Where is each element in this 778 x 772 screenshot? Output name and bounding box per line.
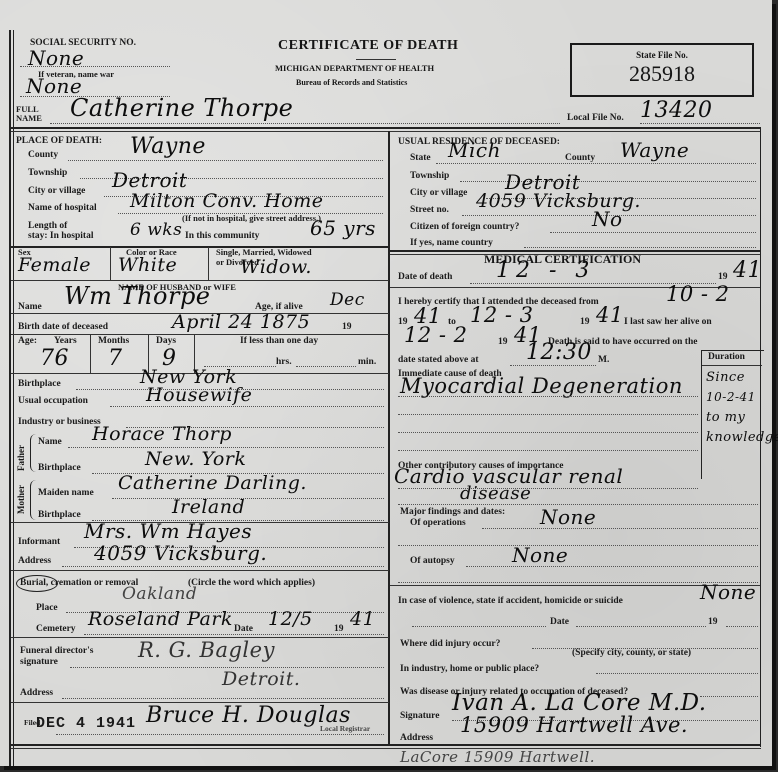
marital-row-line — [11, 280, 389, 281]
bottom-border-2 — [11, 748, 761, 749]
months-value: 7 — [108, 346, 123, 371]
autopsy-line — [466, 566, 758, 567]
occupation-label: Usual occupation — [18, 396, 88, 406]
local-file-number: 13420 — [640, 98, 713, 123]
pod-length-label-1: Length of — [28, 221, 67, 231]
informant-address-value: 4059 Vicksburg. — [94, 541, 267, 565]
state-file-box: State File No. 285918 — [570, 43, 754, 97]
duration-line-2: 10-2-41 — [706, 390, 756, 404]
years-divider — [90, 335, 91, 373]
state-file-number: 285918 — [572, 61, 752, 87]
duration-header-line — [702, 365, 762, 366]
father-side-label: Father — [16, 445, 26, 471]
fd-address-label: Address — [20, 688, 53, 698]
operations-value: None — [540, 505, 596, 529]
operations-line — [482, 528, 758, 529]
res-citizen-line — [550, 232, 756, 233]
bottom-border — [11, 744, 761, 746]
duration-line-3: to my — [706, 410, 745, 425]
burial-heading-note: (Circle the word which applies) — [188, 578, 315, 588]
spouse-name-value: Wm Thorpe — [64, 282, 211, 310]
death-certificate: SOCIAL SECURITY NO. None If veteran, nam… — [0, 0, 772, 766]
min-label: min. — [358, 357, 376, 367]
header-divider — [11, 127, 761, 129]
last-saw-value: 12 - 2 — [404, 323, 468, 347]
mother-birthplace-label: Birthplace — [38, 510, 81, 520]
father-birthplace-value: New. York — [145, 448, 246, 470]
years-value: 76 — [40, 346, 69, 371]
res-county-value: Wayne — [620, 138, 689, 162]
mother-maiden-label: Maiden name — [38, 488, 94, 498]
pod-hospital-stay-value: 6 wks — [130, 220, 182, 240]
local-file-line — [640, 123, 760, 124]
informant-value: Mrs. Wm Hayes — [84, 519, 252, 543]
days-label: Days — [156, 336, 176, 346]
occupation-value: Housewife — [146, 384, 252, 406]
informant-row-line — [11, 570, 389, 571]
center-divider — [388, 131, 390, 746]
date-of-death-label: Date of death — [398, 272, 452, 282]
res-township-label: Township — [410, 171, 449, 181]
violence-date-line — [576, 626, 706, 627]
injury-place-label: In industry, home or public place? — [400, 664, 539, 674]
duration-label: Duration — [708, 352, 745, 362]
mother-maiden-line — [112, 498, 384, 499]
fd-address-value: Detroit. — [222, 668, 300, 690]
cause-line-3 — [398, 432, 698, 433]
pod-county-line — [68, 160, 383, 161]
state-file-label: State File No. — [572, 50, 752, 60]
registrar-label: Local Registrar — [320, 724, 370, 733]
left-border — [9, 30, 11, 766]
res-city-label: City or village — [410, 188, 467, 198]
time-line — [510, 365, 596, 366]
burial-place-label: Place — [36, 603, 58, 613]
time-suffix: M. — [598, 355, 609, 365]
pod-township-label: Township — [28, 168, 67, 178]
header-divider-2 — [11, 131, 761, 132]
cause-line-4 — [398, 450, 698, 451]
less-than-day-label: If less than one day — [240, 336, 318, 346]
burial-year-value: 41 — [350, 608, 375, 630]
cemetery-line — [84, 634, 384, 635]
bureau-name: Bureau of Records and Statistics — [296, 78, 407, 87]
local-file-label: Local File No. — [567, 113, 624, 123]
left-section-divider — [11, 246, 389, 248]
physician-address-label: Address — [400, 733, 433, 743]
sex-race-divider — [110, 247, 111, 280]
res-country-label: If yes, name country — [410, 238, 493, 248]
mother-birthplace-value: Ireland — [172, 496, 245, 518]
pod-county-value: Wayne — [130, 134, 206, 159]
cause-line-1 — [398, 396, 698, 397]
violence-year-line — [726, 626, 758, 627]
pod-hospital-label: Name of hospital — [28, 203, 97, 213]
autopsy-value: None — [512, 543, 568, 567]
father-bracket — [30, 434, 37, 472]
last-saw-label: I last saw her alive on — [624, 317, 712, 327]
major-findings-label: Major findings and dates: — [400, 507, 505, 517]
burial-place-value: Oakland — [122, 584, 197, 604]
pod-length-label-2: stay: In hospital — [28, 231, 93, 241]
res-county-label: County — [565, 153, 595, 163]
violence-date-label: Date — [550, 617, 569, 627]
hrs-label: hrs. — [276, 357, 292, 367]
full-name-line — [50, 123, 560, 124]
res-country-line — [524, 247, 756, 248]
burial-year-prefix: 19 — [334, 624, 344, 634]
res-state-value: Mich — [448, 138, 501, 162]
res-citizen-label: Citizen of foreign country? — [410, 222, 519, 232]
min-line — [296, 366, 356, 367]
pod-city-value: Detroit — [112, 168, 187, 192]
date-of-death-year: 41 — [733, 258, 762, 283]
burial-date-value: 12/5 — [268, 608, 313, 630]
injury-where-label: Where did injury occur? — [400, 639, 500, 649]
time-value: 12:30 — [526, 340, 592, 365]
injury-where-note: (Specify city, county, or state) — [572, 648, 691, 658]
title-rule — [356, 59, 396, 60]
spouse-name-label: Name — [18, 302, 42, 312]
signature-label: Signature — [400, 711, 439, 721]
birth-date-suffix: 19 — [342, 322, 352, 332]
sex-value: Female — [18, 254, 91, 276]
immediate-cause-value: Myocardial Degeneration — [400, 374, 683, 398]
informant-label: Informant — [18, 537, 60, 547]
burial-date-label: Date — [234, 624, 253, 634]
footer-note: LaCore 15909 Hartwell. — [400, 748, 595, 766]
filed-line — [56, 734, 384, 735]
birthplace-label: Birthplace — [18, 379, 61, 389]
birth-date-label: Birth date of deceased — [18, 322, 108, 332]
informant-address-line — [62, 566, 384, 567]
birth-date-value: April 24 1875 — [172, 311, 310, 333]
cause-line-2 — [398, 414, 698, 415]
place-of-death-label: PLACE OF DEATH: — [16, 136, 102, 146]
funeral-director-label-2: signature — [20, 657, 58, 667]
mother-side-label: Mother — [16, 485, 26, 514]
attended-from-value: 10 - 2 — [666, 282, 730, 306]
physician-address-value: 15909 Hartwell Ave. — [460, 713, 688, 737]
res-state-line — [436, 163, 756, 164]
res-citizen-value: No — [592, 207, 623, 231]
res-state-label: State — [410, 153, 431, 163]
res-street-label: Street no. — [410, 205, 449, 215]
funeral-director-label-1: Funeral director's — [20, 646, 93, 656]
father-birthplace-label: Birthplace — [38, 463, 81, 473]
industry-label: Industry or business — [18, 417, 101, 427]
full-name-label: FULL NAME — [16, 105, 44, 123]
duration-line-1: Since — [706, 370, 745, 385]
duration-line-4: knowledge — [706, 430, 778, 445]
pod-community-label: In this community — [185, 231, 259, 241]
years-label: Years — [54, 336, 77, 346]
informant-address-label: Address — [18, 556, 51, 566]
time-label: date stated above at — [398, 355, 478, 365]
department-name: MICHIGAN DEPARTMENT OF HEALTH — [275, 63, 434, 73]
burial-heading: Burial, cremation or removal — [20, 578, 138, 588]
pod-city-label: City or village — [28, 186, 85, 196]
cemetery-value: Roseland Park — [88, 608, 233, 630]
left-border-inner — [13, 30, 14, 766]
violence-value: None — [700, 580, 756, 604]
mother-bracket — [30, 480, 37, 520]
injury-place-line — [596, 673, 758, 674]
autopsy-label: Of autopsy — [410, 556, 455, 566]
contributory-line-1 — [398, 488, 698, 489]
birth-row-line — [11, 334, 389, 335]
occupation-line — [110, 406, 384, 407]
date-of-death-year-prefix: 19 — [718, 272, 728, 282]
last-saw-year-prefix: 19 — [498, 337, 508, 347]
race-value: White — [118, 254, 177, 276]
attended-to-year: 41 — [596, 303, 624, 327]
operations-line-2 — [398, 545, 758, 546]
operations-label: Of operations — [410, 518, 466, 528]
marital-value: Widow. — [240, 256, 312, 278]
ss-line — [20, 66, 170, 67]
father-name-label: Name — [38, 437, 62, 447]
contributory-value-2: disease — [460, 483, 531, 504]
certificate-title: CERTIFICATE OF DEATH — [278, 38, 458, 54]
cemetery-label: Cemetery — [36, 624, 76, 634]
filed-date-stamp: DEC 4 1941 — [36, 715, 136, 732]
funeral-director-signature: R. G. Bagley — [138, 638, 275, 662]
date-of-death-value: 12 - 3 — [496, 258, 595, 283]
spouse-age-value: Dec — [330, 290, 365, 310]
pod-hospital-note: (If not in hospital, give street address… — [182, 213, 321, 223]
full-name-value: Catherine Thorpe — [70, 94, 293, 122]
right-border — [760, 127, 761, 747]
mother-maiden-value: Catherine Darling. — [118, 472, 307, 494]
race-marital-divider — [208, 247, 209, 280]
violence-line-1 — [412, 626, 546, 627]
full-name-label-text: FULL NAME — [16, 105, 44, 123]
attended-to-year-prefix: 19 — [580, 317, 590, 327]
occupation-related-line — [700, 696, 758, 697]
fd-address-line — [62, 698, 384, 699]
pod-community-value: 65 yrs — [310, 216, 376, 240]
months-label: Months — [98, 336, 129, 346]
violence-label: In case of violence, state if accident, … — [398, 596, 623, 606]
father-name-value: Horace Thorp — [92, 423, 232, 445]
pod-hospital-value: Milton Conv. Home — [130, 190, 324, 212]
age-label: Age: — [18, 336, 37, 346]
violence-year-prefix: 19 — [708, 617, 718, 627]
pod-county-label: County — [28, 150, 58, 160]
